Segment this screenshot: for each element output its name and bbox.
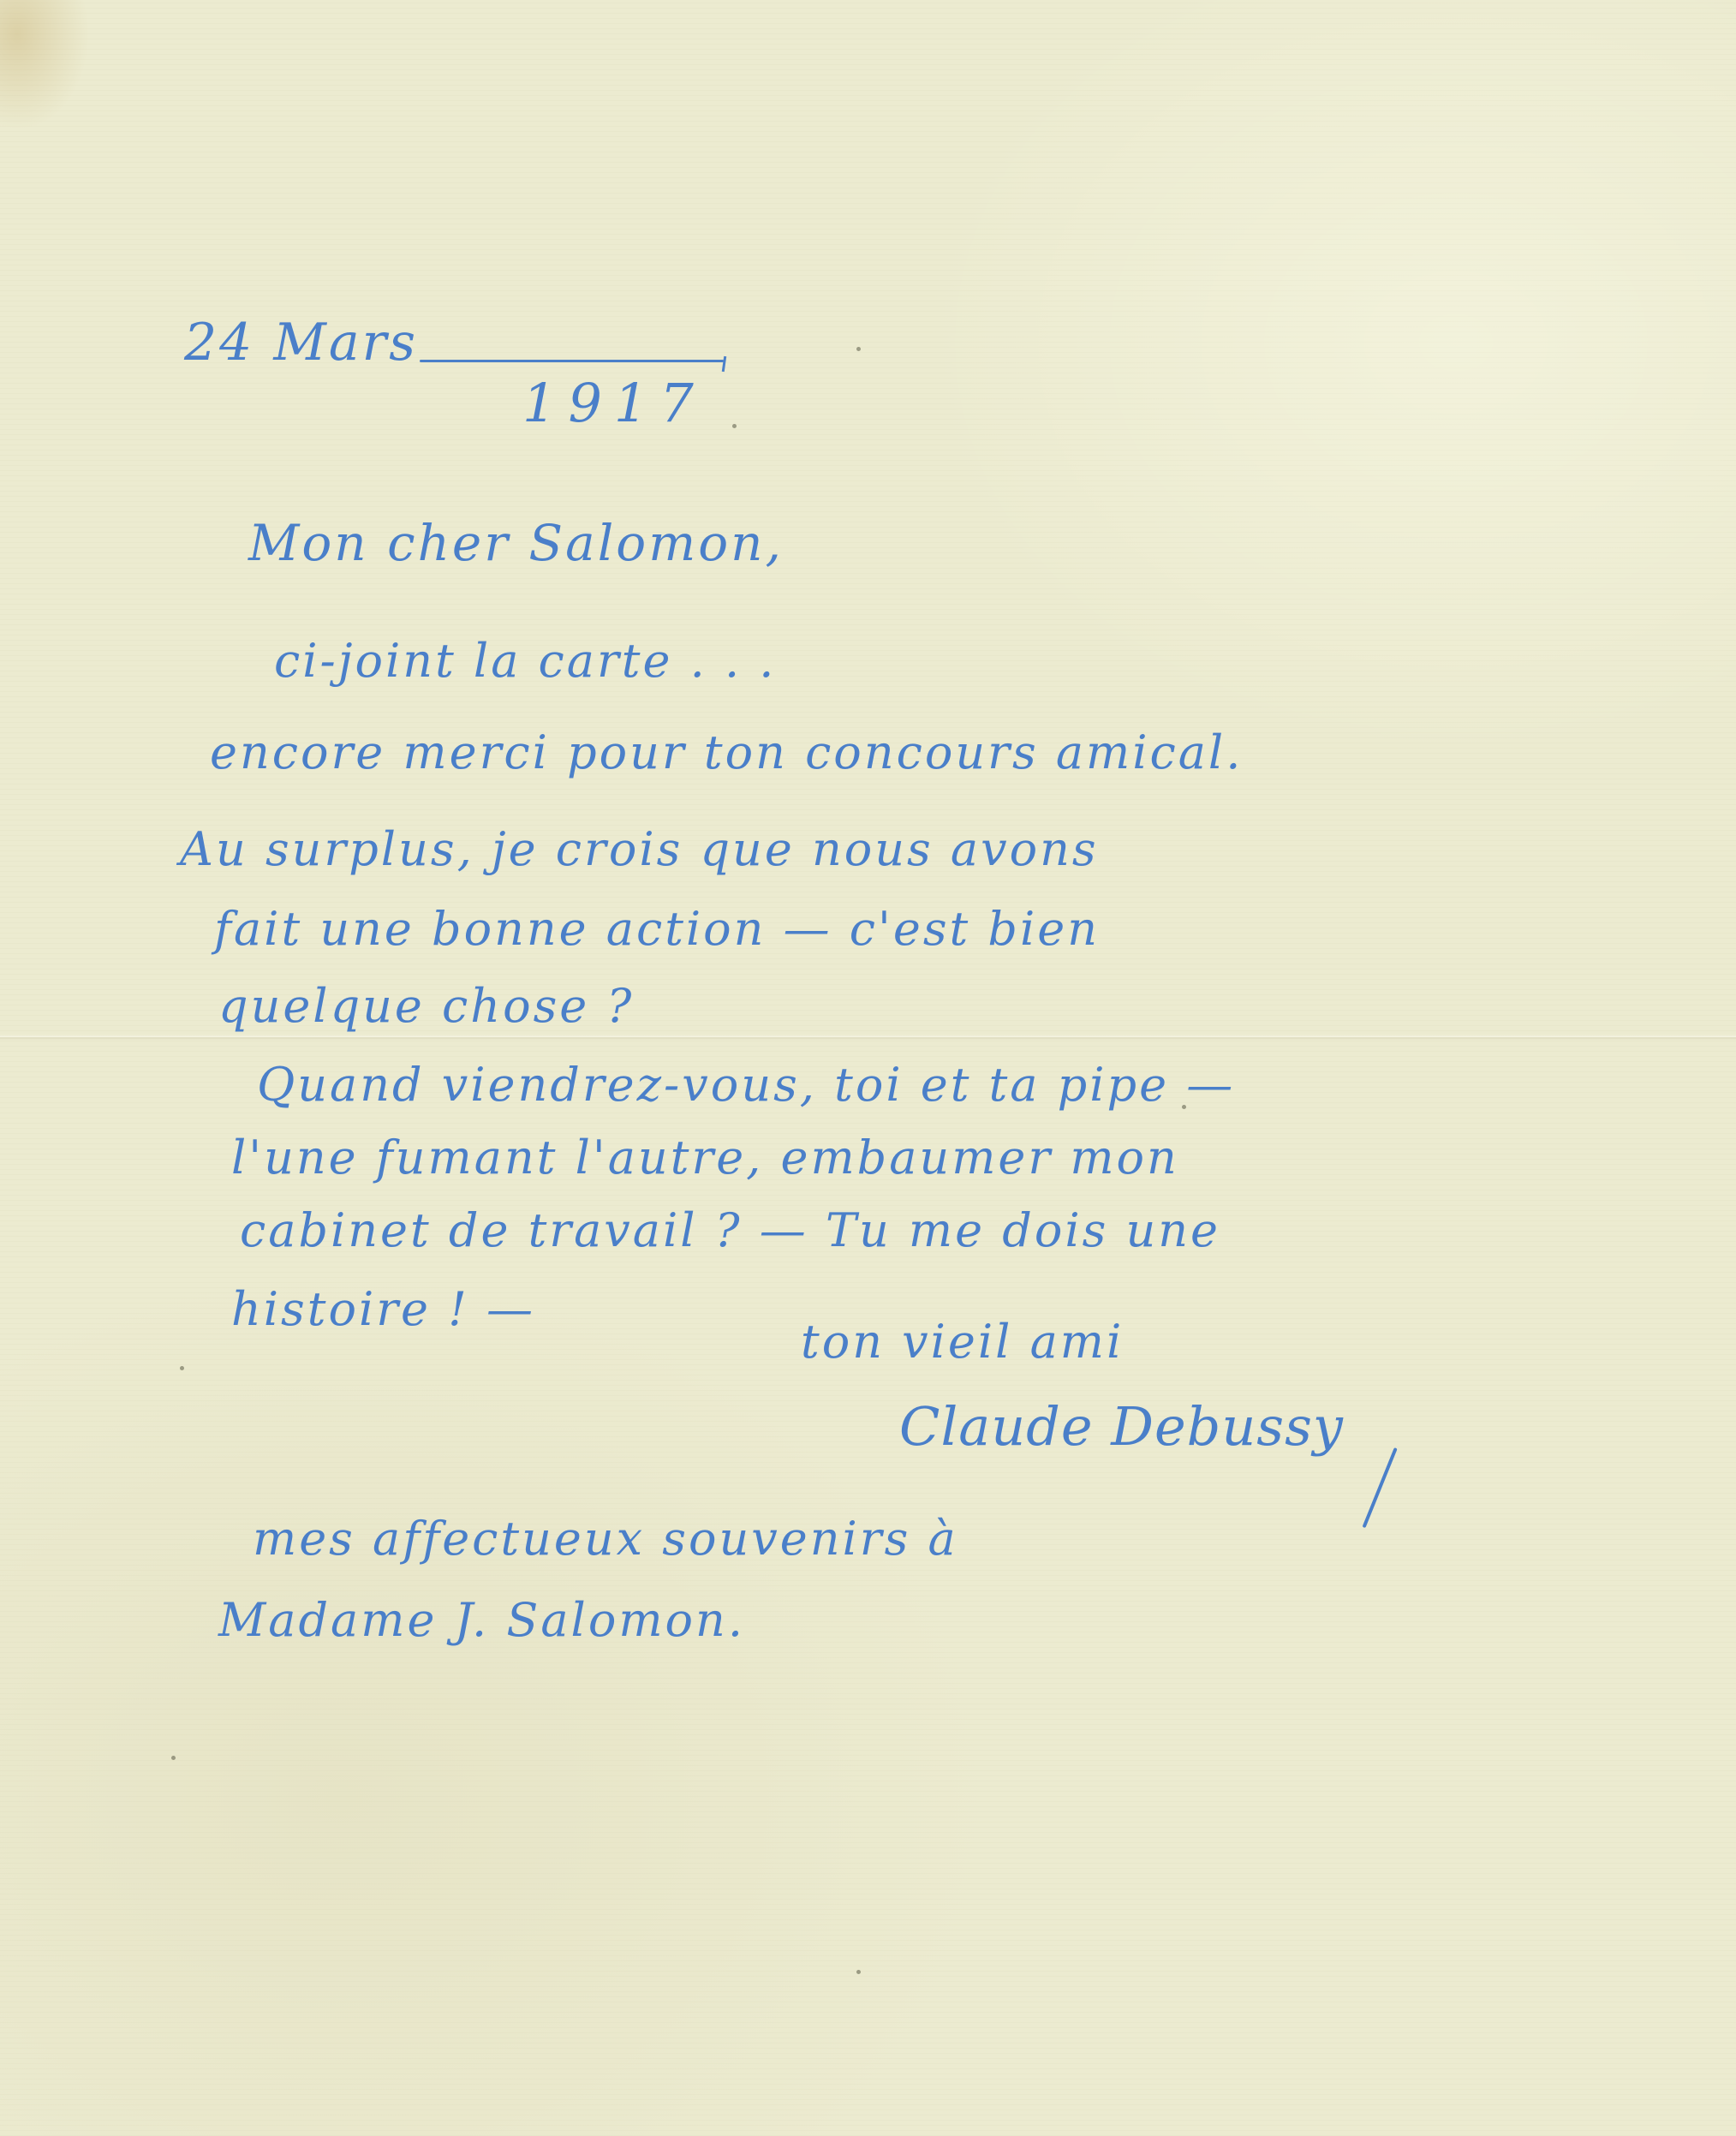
body-line: quelque chose ?: [218, 983, 634, 1029]
body-line: ci-joint la carte . . .: [274, 638, 776, 684]
body-line: l'une fumant l'autre, embaumer mon: [231, 1135, 1179, 1181]
paper-speck: [856, 1970, 861, 1974]
date-year: 1917: [522, 377, 706, 430]
salutation: Mon cher Salomon,: [248, 518, 784, 568]
postscript-line: Madame J. Salomon.: [218, 1597, 745, 1644]
paper-speck: [732, 424, 737, 428]
closing: ton vieil ami: [801, 1319, 1124, 1365]
paper-fold-line: [0, 1035, 1736, 1040]
paper-speck: [180, 1366, 184, 1370]
body-line: cabinet de travail ? — Tu me dois une: [240, 1208, 1220, 1254]
body-line: fait une bonne action — c'est bien: [214, 906, 1100, 952]
paper-speck: [171, 1756, 176, 1760]
paper-speck: [1182, 1105, 1186, 1109]
date-day-month: 24 Mars: [184, 317, 418, 368]
body-line: histoire ! —: [231, 1286, 535, 1333]
signature-flourish: [1363, 1447, 1398, 1528]
body-line: encore merci pour ton concours amical.: [210, 730, 1243, 776]
body-line: Quand viendrez-vous, toi et ta pipe —: [257, 1062, 1235, 1108]
date-underline: [420, 360, 724, 362]
paper-speck: [856, 347, 861, 351]
body-line: Au surplus, je crois que nous avons: [180, 826, 1099, 873]
postscript-line: mes affectueux souvenirs à: [253, 1516, 958, 1562]
letter-page: 24 Mars 1917 Mon cher Salomon, ci-joint …: [0, 0, 1736, 2136]
signature: Claude Debussy: [899, 1400, 1344, 1453]
